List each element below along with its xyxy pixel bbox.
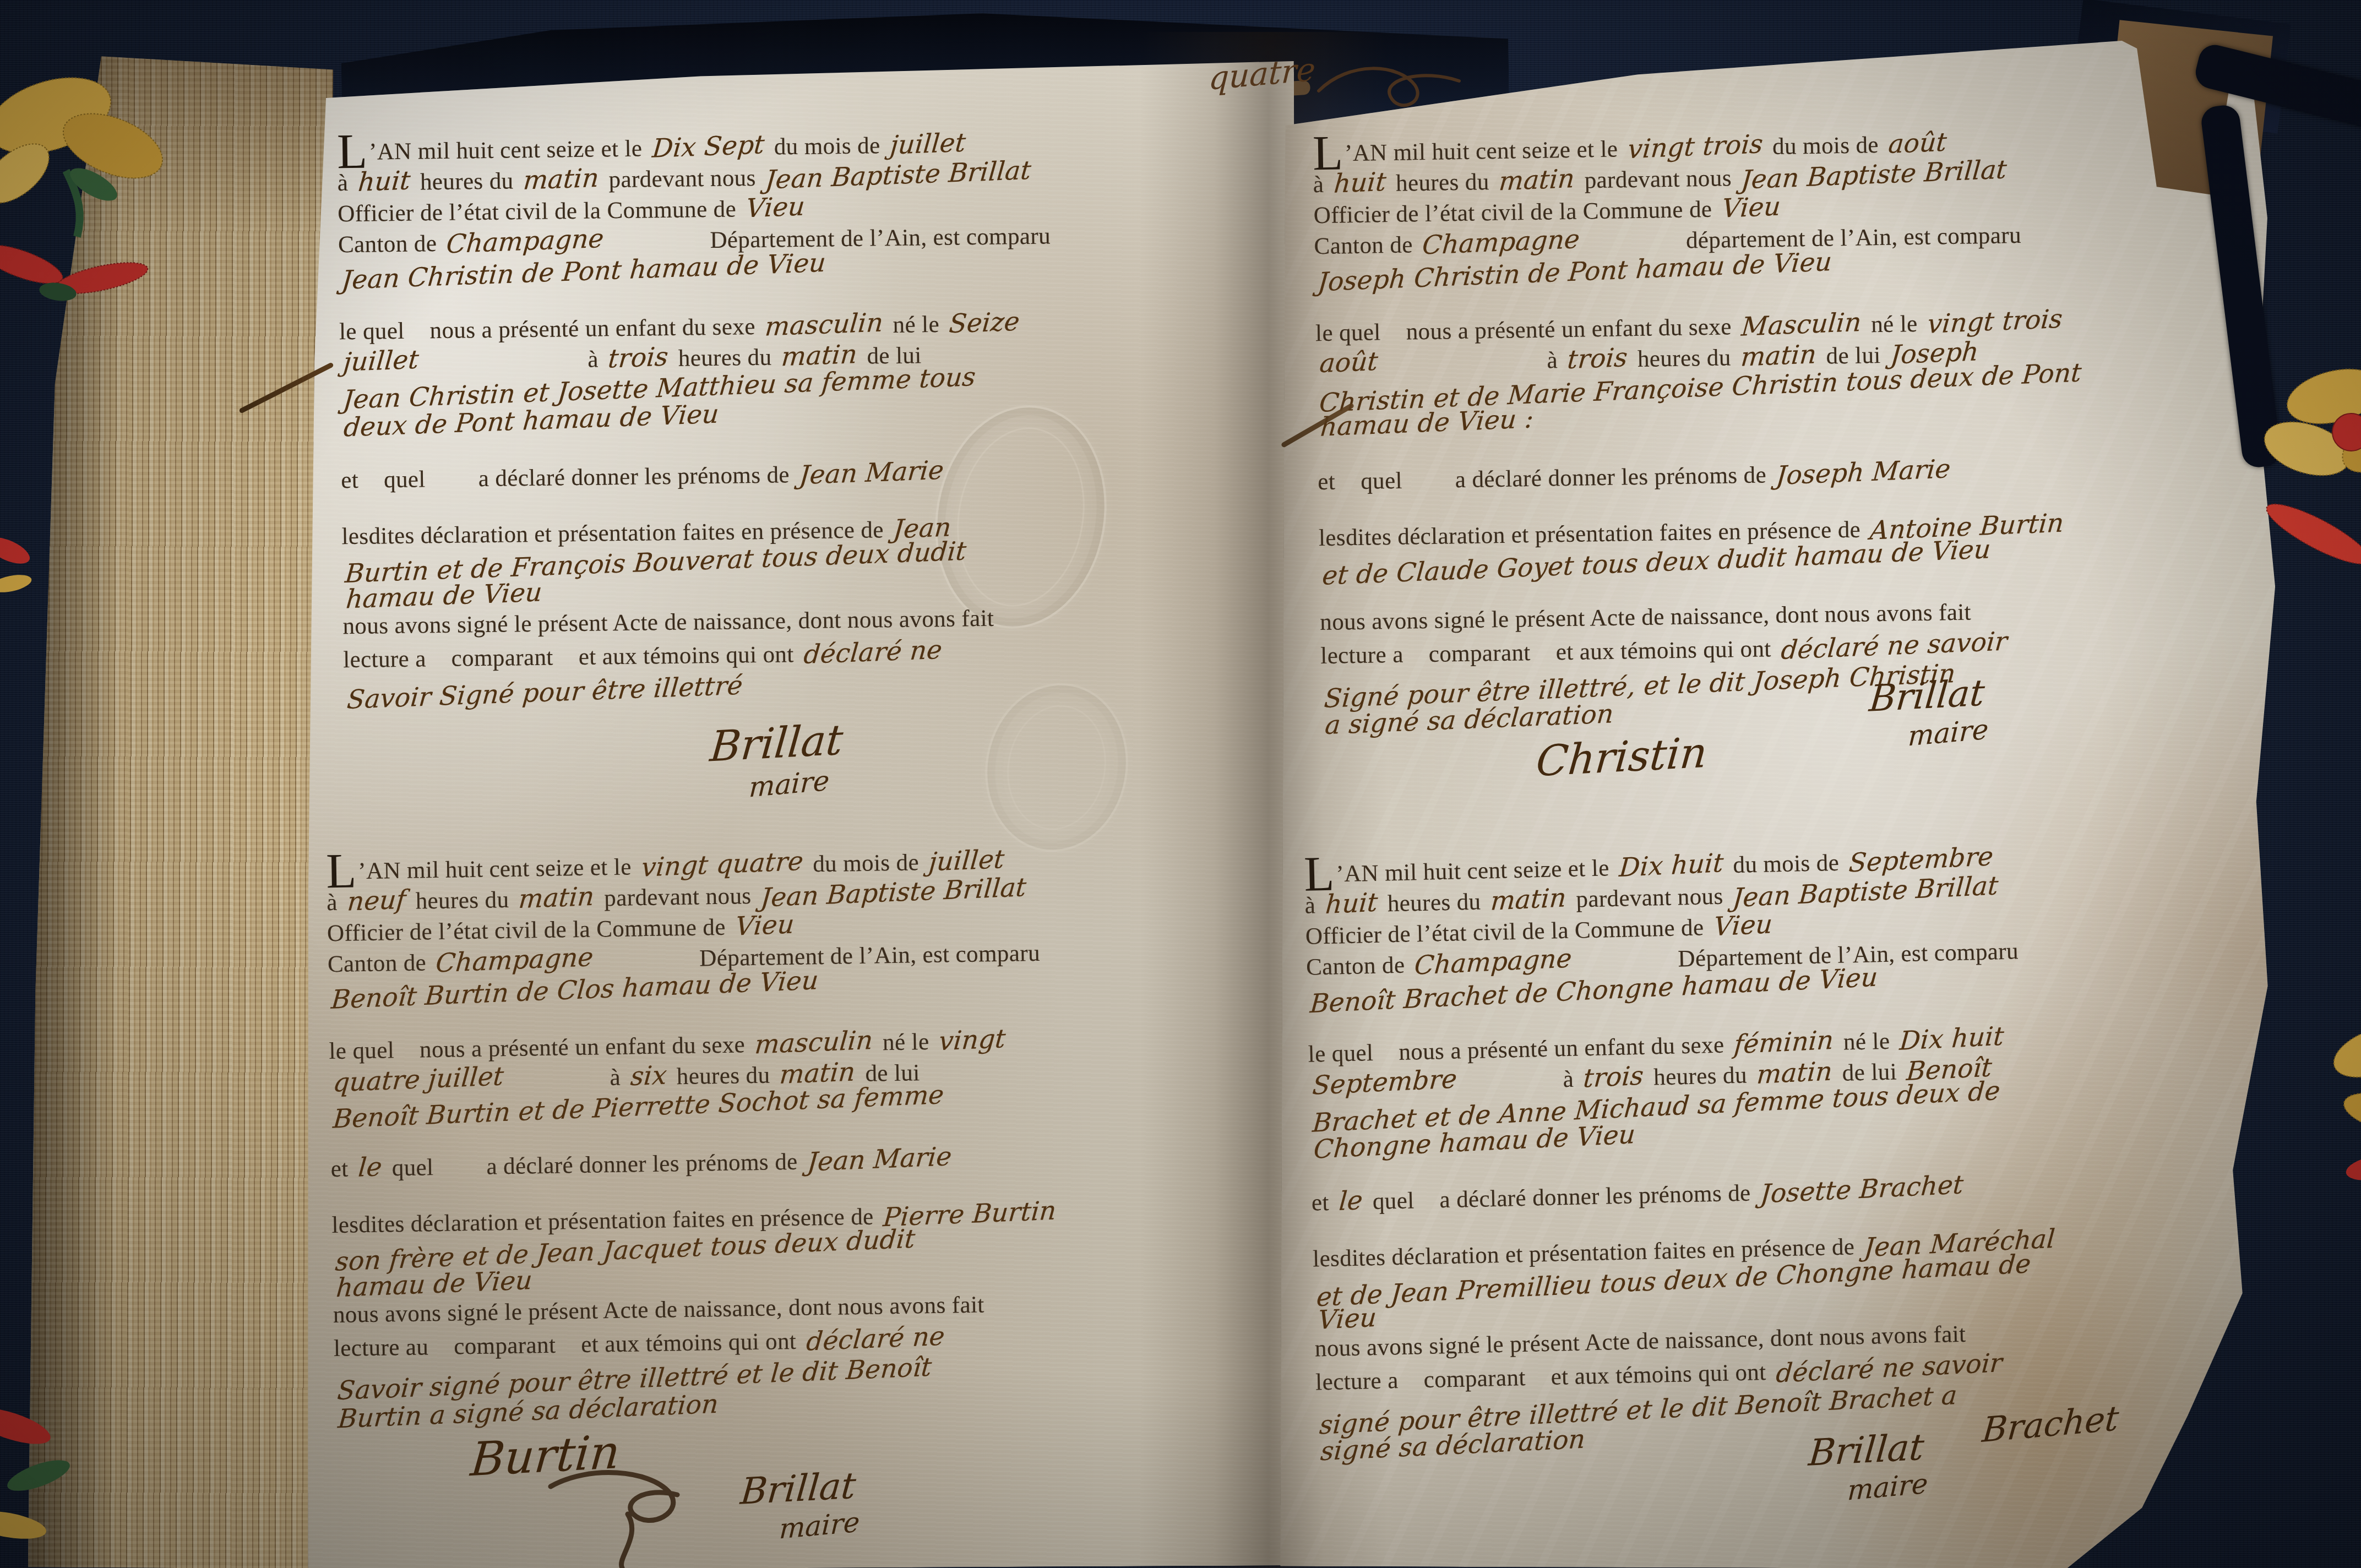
handwritten-text: vingt bbox=[938, 1023, 1007, 1057]
handwritten-text: Septembre bbox=[1312, 1064, 1458, 1101]
handwritten-text: masculin bbox=[764, 308, 884, 342]
printed-text: Canton de bbox=[1306, 952, 1411, 980]
printed-text: et aux témoins qui ont bbox=[1555, 636, 1777, 665]
form-blank-space bbox=[1584, 248, 1686, 250]
printed-text: Officier de l’état civil de la Commune d… bbox=[327, 914, 732, 947]
handwritten-text: vingt quatre bbox=[640, 846, 804, 883]
handwritten-text: matin bbox=[522, 163, 600, 196]
printed-text: comparant bbox=[1428, 640, 1531, 667]
signature-brachet-record4: Brachet bbox=[1982, 1404, 2119, 1444]
handwritten-text: vingt trois bbox=[1626, 129, 1764, 165]
printed-text: pardevant nous bbox=[602, 165, 762, 193]
handwritten-text: juillet bbox=[928, 844, 1005, 878]
printed-text: département de l’Ain, est comparu bbox=[1686, 222, 2022, 254]
form-blank-space bbox=[1382, 368, 1547, 371]
handwritten-text: Dix Sept bbox=[651, 129, 765, 164]
handwritten-text: neuf bbox=[346, 885, 407, 917]
printed-text: à bbox=[1304, 892, 1322, 919]
printed-text: du mois de bbox=[1727, 850, 1846, 878]
handwritten-text: Vieu bbox=[734, 909, 795, 941]
printed-text: Département de l’Ain, est comparu bbox=[710, 224, 1051, 254]
form-blank-space bbox=[423, 367, 588, 369]
printed-text: à bbox=[1563, 1066, 1580, 1093]
printed-text: ’AN mil huit cent seize et le bbox=[1345, 136, 1624, 166]
handwritten-text: déclaré ne bbox=[805, 1321, 946, 1357]
printed-text: nous a présenté un enfant du sexe bbox=[429, 314, 761, 344]
printed-text: ’AN mil huit cent seize et le bbox=[1336, 855, 1615, 888]
form-blank-space bbox=[1381, 340, 1406, 340]
form-blank-space bbox=[434, 1174, 487, 1175]
printed-text: né le bbox=[1837, 1028, 1896, 1055]
printed-text: heures du bbox=[409, 887, 515, 914]
handwritten-text: août bbox=[1319, 346, 1379, 379]
form-blank-space bbox=[394, 1058, 420, 1058]
printed-text: quel bbox=[1361, 468, 1402, 494]
handwritten-text: Jean Marie bbox=[806, 1141, 953, 1178]
handwritten-text: Josette Brachet bbox=[1759, 1169, 1965, 1209]
birth-record-right-top: L’AN mil huit cent seize et le vingt tro… bbox=[1313, 124, 2173, 738]
printed-text: heures du bbox=[1390, 169, 1496, 197]
handwritten-text: six bbox=[629, 1060, 668, 1092]
form-blank-space bbox=[428, 1354, 454, 1355]
printed-text: Officier de l’état civil de la Commune d… bbox=[1313, 197, 1718, 229]
handwritten-text: Dix huit bbox=[1618, 848, 1724, 883]
embroidery-flower-right-icon bbox=[2257, 336, 2361, 677]
handwritten-text: trois bbox=[607, 342, 670, 374]
printed-text: heures du bbox=[1631, 345, 1737, 372]
handwritten-text: vingt trois bbox=[1926, 304, 2064, 340]
embroidery-dot-left-icon bbox=[0, 523, 36, 611]
handwritten-text: juillet bbox=[889, 128, 967, 161]
handwritten-text: huit bbox=[357, 166, 411, 198]
handwritten-text: le bbox=[1338, 1185, 1364, 1217]
handwritten-text: déclaré ne savoir bbox=[1780, 626, 2008, 666]
handwritten-text: matin bbox=[518, 881, 596, 915]
printed-text: et aux témoins qui ont bbox=[578, 641, 800, 670]
handwritten-text: trois bbox=[1566, 342, 1629, 375]
printed-text: le quel bbox=[329, 1037, 394, 1064]
printed-text: ’AN mil huit cent seize et le bbox=[358, 854, 638, 884]
form-blank-space bbox=[1402, 487, 1455, 488]
handwritten-text: Vieu bbox=[1721, 192, 1782, 224]
printed-text: à bbox=[1547, 347, 1564, 373]
record-line: etquela déclaré donner les prénoms de Je… bbox=[341, 454, 1178, 496]
printed-text: né le bbox=[877, 1029, 935, 1056]
form-blank-space bbox=[426, 666, 451, 667]
signature-name: Christin bbox=[1534, 728, 1709, 786]
printed-text: nous avons signé le présent Acte de nais… bbox=[1320, 600, 1971, 636]
printed-text: à bbox=[610, 1065, 627, 1091]
page-word-flourish-icon bbox=[1316, 52, 1470, 124]
handwritten-text: Vieu bbox=[1712, 909, 1774, 942]
form-blank-space bbox=[608, 248, 710, 249]
handwritten-text: Masculin bbox=[1740, 307, 1862, 342]
printed-text: Officier de l’état civil de la Commune d… bbox=[338, 196, 742, 227]
handwritten-text: le bbox=[357, 1152, 383, 1183]
form-blank-space bbox=[426, 486, 478, 487]
form-blank-space bbox=[358, 487, 384, 488]
handwritten-text: Jean Marie bbox=[798, 455, 945, 491]
handwritten-text: masculin bbox=[754, 1025, 874, 1060]
handwritten-text: féminin bbox=[1733, 1025, 1835, 1060]
printed-text: a déclaré donner les prénoms de bbox=[486, 1149, 804, 1180]
form-blank-space bbox=[1403, 662, 1429, 662]
handwritten-text: Champagne bbox=[435, 942, 595, 979]
printed-text: à bbox=[1313, 172, 1330, 198]
printed-text: lecture a bbox=[1320, 642, 1403, 669]
handwritten-text: huit bbox=[1324, 888, 1379, 921]
signature-role: maire bbox=[779, 1506, 861, 1545]
form-blank-space bbox=[508, 1085, 610, 1087]
printed-text: nous a présenté un enfant du sexe bbox=[1406, 314, 1738, 345]
handwritten-text: hamau de Vieu bbox=[345, 577, 543, 614]
printed-text: heures du bbox=[414, 168, 520, 195]
printed-text: pardevant nous bbox=[598, 883, 758, 912]
printed-text: heures du bbox=[1647, 1062, 1754, 1090]
printed-text: Canton de bbox=[1314, 232, 1419, 259]
form-blank-space bbox=[556, 1352, 581, 1353]
printed-text: comparant bbox=[451, 645, 553, 672]
signature-role: maire bbox=[1847, 1467, 1929, 1506]
record-line: etquela déclaré donner les prénoms de Jo… bbox=[1318, 453, 2169, 497]
handwritten-text: Dix huit bbox=[1898, 1021, 2005, 1057]
handwritten-text: juillet bbox=[342, 345, 420, 378]
handwritten-text: trois bbox=[1582, 1060, 1645, 1093]
printed-text: a déclaré donner les prénoms de bbox=[1439, 1180, 1757, 1213]
form-blank-space bbox=[1374, 1060, 1399, 1060]
handwritten-text: Seize bbox=[948, 307, 1021, 340]
signature-name: Brachet bbox=[1981, 1398, 2120, 1450]
handwritten-text: Vieu bbox=[1317, 1303, 1378, 1336]
printed-text: à bbox=[327, 890, 344, 916]
printed-text: quel bbox=[384, 466, 426, 493]
handwritten-text: Joseph Marie bbox=[1775, 454, 1951, 491]
printed-text: pardevant nous bbox=[1570, 883, 1729, 913]
printed-text: quel bbox=[385, 1155, 434, 1181]
signature-role: maire bbox=[748, 763, 844, 803]
printed-text: et aux témoins qui ont bbox=[581, 1329, 803, 1358]
form-blank-space bbox=[553, 665, 579, 665]
signature-name: Brillat bbox=[1868, 671, 1990, 720]
printed-text: né le bbox=[1865, 311, 1924, 338]
handwritten-text: quatre juillet bbox=[332, 1061, 505, 1098]
printed-text: heures du bbox=[670, 1062, 776, 1090]
handwritten-text: Champagne bbox=[445, 224, 606, 260]
handwritten-text: matin bbox=[1739, 339, 1818, 373]
printed-text: et aux témoins qui ont bbox=[1551, 1359, 1772, 1390]
photo-of-open-register: { "colors": { "fabric_background": "#111… bbox=[0, 0, 2361, 1568]
birth-record-left-bottom: L’AN mil huit cent seize et le vingt qua… bbox=[326, 842, 1183, 1430]
printed-text: heures du bbox=[672, 345, 777, 372]
printed-text: né le bbox=[886, 312, 945, 338]
printed-text: ’AN mil huit cent seize et le bbox=[369, 135, 649, 165]
form-blank-space bbox=[405, 338, 430, 339]
printed-text: le quel bbox=[1308, 1040, 1374, 1068]
form-blank-space bbox=[1461, 1087, 1563, 1089]
record-line: et le quela déclaré donner les prénoms d… bbox=[330, 1140, 1179, 1184]
printed-text: pardevant nous bbox=[1578, 165, 1738, 194]
form-blank-space bbox=[1531, 660, 1556, 660]
printed-text: le quel bbox=[339, 318, 405, 345]
printed-text: lecture a bbox=[343, 646, 426, 673]
printed-text: Département de l’Ain, est comparu bbox=[699, 940, 1040, 972]
embroidery-flower-top-left-icon bbox=[0, 33, 215, 319]
signature-role: maire bbox=[1907, 713, 1989, 752]
form-blank-space bbox=[597, 966, 700, 968]
handwritten-text: Vieu bbox=[745, 192, 806, 224]
printed-text: a déclaré donner les prénoms de bbox=[478, 462, 796, 492]
handwritten-text: Jean Baptiste Brillat bbox=[764, 155, 1032, 195]
signature-name: Brillat bbox=[1807, 1425, 1930, 1474]
handwritten-text: huit bbox=[1332, 167, 1387, 199]
printed-text: le quel bbox=[1315, 319, 1381, 346]
handwritten-text: déclaré ne bbox=[802, 635, 943, 670]
handwritten-text: matin bbox=[1489, 883, 1567, 917]
printed-text: du mois de bbox=[1766, 132, 1885, 160]
printed-text: lecture au bbox=[334, 1334, 429, 1362]
printed-text: et bbox=[1311, 1190, 1335, 1216]
printed-text: comparant bbox=[454, 1332, 556, 1360]
signature-brillat-record1: Brillat maire bbox=[710, 718, 843, 799]
signature-christin-record3: Christin bbox=[1536, 732, 1707, 781]
printed-text: et bbox=[330, 1156, 355, 1182]
printed-text: du mois de bbox=[807, 850, 926, 877]
printed-text: Canton de bbox=[338, 231, 443, 258]
birth-record-left-top: L’AN mil huit cent seize et le Dix Sept … bbox=[337, 126, 1181, 711]
signature-brillat-record2: Brillat maire bbox=[741, 1467, 860, 1542]
handwritten-text: août bbox=[1887, 127, 1948, 160]
printed-text: lecture a bbox=[1315, 1368, 1399, 1395]
printed-text: du mois de bbox=[768, 133, 886, 160]
embroidery-flower-right-lower-icon bbox=[2324, 1008, 2361, 1206]
printed-text: nous a présenté un enfant du sexe bbox=[420, 1032, 752, 1063]
signature-name: Brillat bbox=[708, 715, 845, 771]
handwritten-text: matin bbox=[1498, 164, 1576, 197]
record-line: et le quela déclaré donner les prénoms d… bbox=[1311, 1167, 2168, 1217]
form-blank-space bbox=[1415, 1207, 1440, 1208]
birth-record-right-bottom: L’AN mil huit cent seize et le Dix huit … bbox=[1304, 840, 2174, 1464]
printed-text: Canton de bbox=[328, 950, 433, 977]
signature-flourish-icon bbox=[540, 1464, 716, 1568]
printed-text: comparant bbox=[1423, 1365, 1526, 1393]
handwritten-text: Champagne bbox=[1413, 943, 1573, 981]
form-blank-space bbox=[1576, 966, 1678, 968]
printed-text: à bbox=[337, 170, 354, 196]
form-blank-space bbox=[1526, 1385, 1551, 1385]
signature-brillat-record4: Brillat maire bbox=[1809, 1429, 1928, 1503]
printed-text: quel bbox=[1366, 1188, 1415, 1215]
printed-text: et bbox=[341, 467, 358, 493]
printed-text: à bbox=[587, 346, 605, 372]
printed-text: a déclaré donner les prénoms de bbox=[1455, 462, 1772, 493]
form-blank-space bbox=[1399, 1387, 1424, 1388]
signature-name: Brillat bbox=[739, 1464, 862, 1513]
printed-text: et bbox=[1318, 469, 1336, 495]
printed-text: heures du bbox=[1381, 889, 1487, 917]
form-blank-space bbox=[1335, 489, 1361, 489]
signature-brillat-record3: Brillat maire bbox=[1869, 674, 1989, 749]
embroidery-sprig-bottom-left-icon bbox=[0, 1387, 99, 1568]
handwritten-text: Champagne bbox=[1421, 224, 1581, 261]
